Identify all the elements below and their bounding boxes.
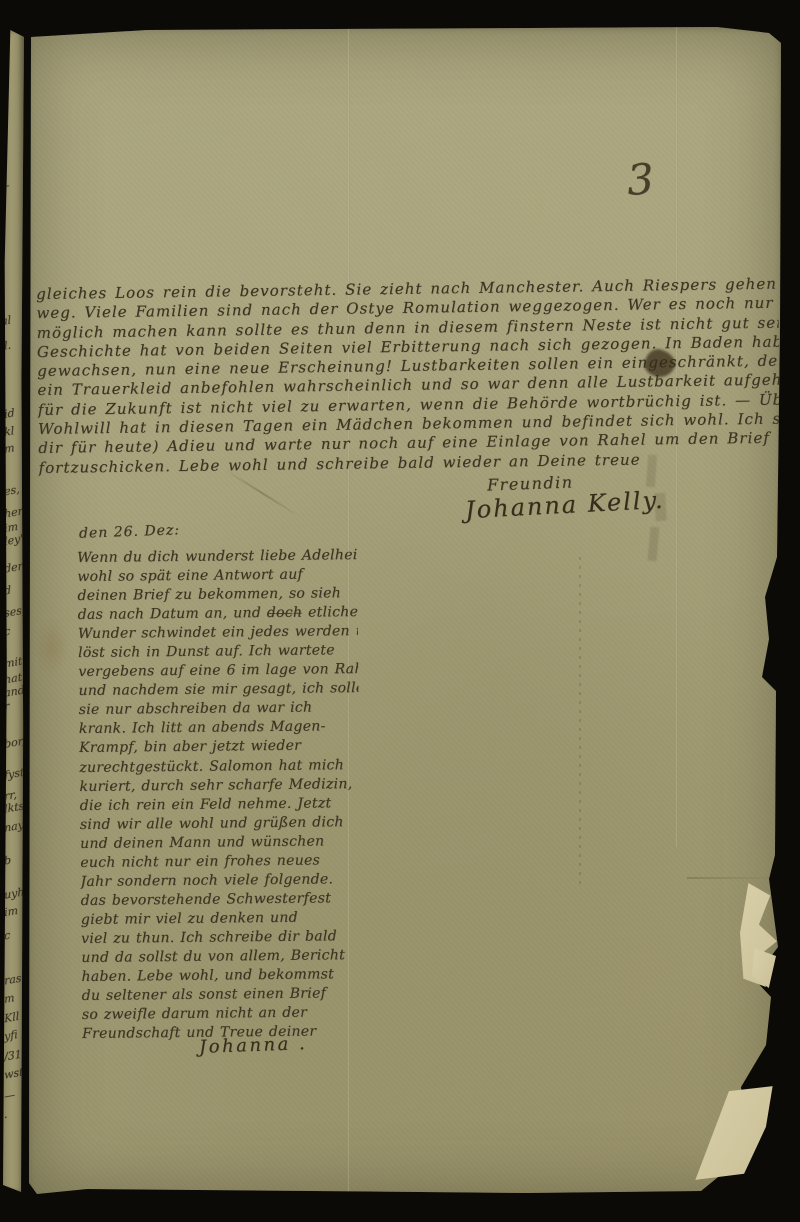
edge-fragment: bor, (4, 735, 26, 750)
edge-fragment: uyh (4, 886, 25, 901)
adjacent-page-edge: –ıll.idklmes,herimley'sderdses)cmithatan… (3, 30, 24, 1192)
edge-fragment: id (4, 407, 15, 420)
edge-fragment: c (4, 625, 11, 637)
letter-line: zurechtgestückt. Salomon hat mich (79, 756, 359, 778)
first-letter-body: gleiches Loos rein die bevorsteht. Sie z… (36, 275, 781, 478)
paper-stain (35, 617, 69, 677)
page-number: 3 (625, 154, 655, 205)
edge-fragment: der (4, 560, 23, 574)
edge-fragment: es, (4, 484, 20, 498)
letter-line: das bevorstehende Schwesterfest (81, 889, 361, 911)
edge-fragment: her (4, 505, 23, 519)
edge-fragment: wst (4, 1066, 24, 1080)
edge-fragment: · (4, 1112, 8, 1124)
letter-line: krank. Ich litt an abends Magen- (79, 717, 359, 739)
edge-fragment: ley's (4, 532, 29, 547)
letter-line: kuriert, durch sehr scharfe Medizin, (79, 775, 359, 797)
ink-bleed-mark (648, 527, 660, 562)
faint-crease (579, 557, 581, 887)
letter-line: Wenn du dich wunderst liebe Adelheid (77, 546, 357, 568)
edge-fragment: nay (4, 819, 24, 833)
diagonal-crease (223, 468, 300, 517)
edge-fragment: ras (4, 972, 22, 986)
letter-line: und deinen Mann und wünschen (80, 832, 360, 854)
edge-fragment: kl (4, 425, 15, 438)
edge-fragment: mit (4, 655, 23, 669)
edge-fragment: m (4, 992, 15, 1005)
ink-bleed-mark (646, 455, 657, 488)
horizontal-crease (687, 877, 777, 879)
edge-fragment: m (4, 442, 15, 455)
edge-fragment: and (4, 684, 25, 699)
letter-line: sind wir alle wohl und grüßen dich (80, 813, 360, 835)
second-letter-body: Wenn du dich wunderst liebe Adelheidwohl… (77, 546, 362, 1044)
edge-fragment: d (4, 584, 12, 596)
letter-line: und nachdem sie mir gesagt, ich solle (78, 679, 358, 701)
letter-line: die ich rein ein Feld nehme. Jetzt (80, 794, 360, 816)
edge-fragment: im (4, 905, 19, 918)
edge-fragment: yfi (4, 1029, 18, 1042)
letter-line: du seltener als sonst einen Brief (82, 984, 362, 1006)
edge-fragment: — (4, 1089, 16, 1102)
letter-page: 3 gleiches Loos rein die bevorsteht. Sie… (27, 27, 782, 1199)
edge-fragment: r (4, 701, 10, 713)
edge-fragment: lkts (4, 800, 25, 815)
edge-fragment: b (4, 854, 12, 866)
second-letter-date: den 26. Dez: (79, 522, 181, 542)
edge-fragment: fyst. (4, 766, 28, 781)
edge-fragment: /31 (4, 1048, 22, 1062)
edge-fragment: Kll (4, 1011, 20, 1025)
edge-fragment: ses) (4, 604, 27, 619)
second-letter-signature: Johanna . (199, 1033, 308, 1058)
edge-fragment: c (4, 929, 11, 941)
edge-fragment: – (4, 180, 10, 192)
edge-fragment: ıl (4, 314, 12, 326)
edge-fragment: l. (4, 339, 12, 351)
